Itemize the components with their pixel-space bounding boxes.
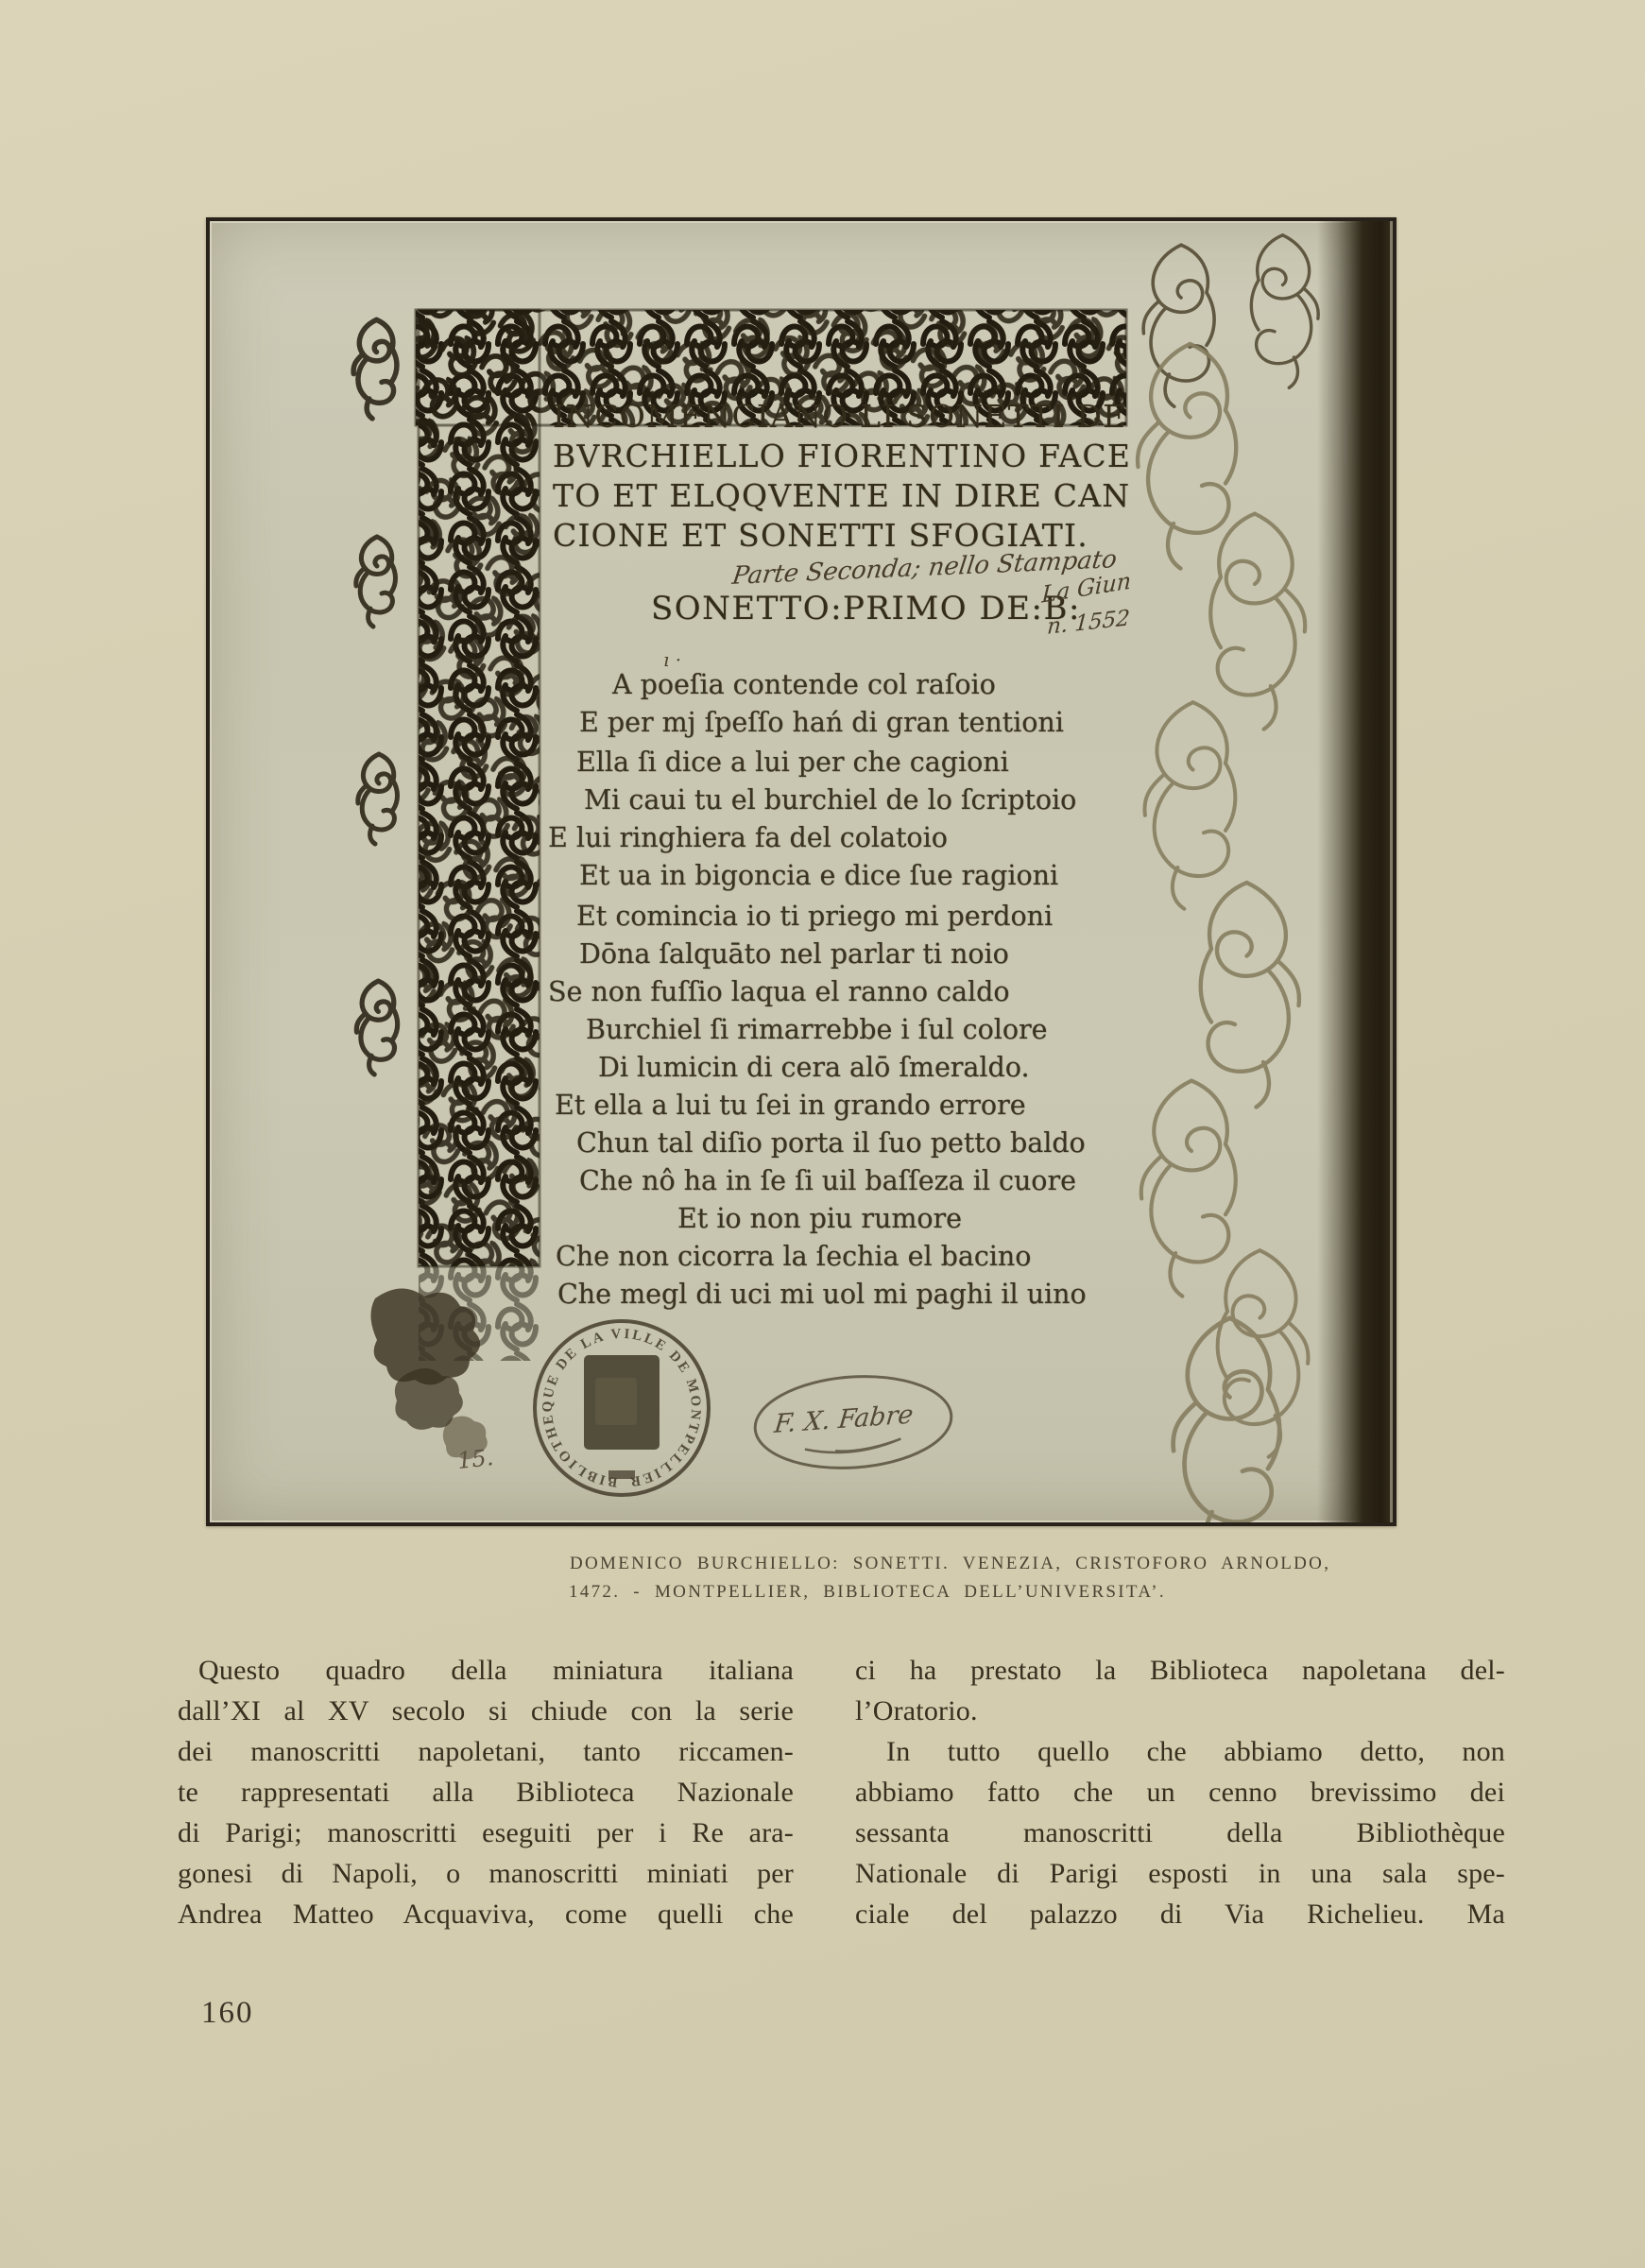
- body-text-line: Nationale di Parigi esposti in una sala …: [855, 1853, 1505, 1894]
- sonnet-line: Di lumicin di cera alō ſmeraldo.: [598, 1052, 1030, 1083]
- signature-stamp: F. X. Fabre: [741, 1359, 966, 1486]
- incipit-heading: INCOMENCIANO LI SONETTI DE BVRCHIELLO FI…: [553, 397, 1131, 556]
- sonnet-line: Che non cicorra la ſechia el bacino: [556, 1241, 1031, 1272]
- sonnet-line: Ella ſi dice a lui per che cagioni: [576, 747, 1009, 778]
- sonnet-line: Et ella a lui tu ſei in grando errore: [555, 1090, 1026, 1121]
- body-text-line: di Parigi; manoscritti eseguiti per i Re…: [178, 1813, 794, 1853]
- handwritten-shelfmark: 15.: [456, 1444, 495, 1474]
- incipit-line: TO ET ELQQVENTE IN DIRE CAN: [553, 476, 1131, 516]
- sonnet-line: Che nô ha in ſe ſi uil baſſeza il cuore: [579, 1165, 1076, 1196]
- sonnet-line: Che megl di uci mi uol mi paghi il uino: [557, 1279, 1087, 1310]
- incipit-line: INCOMENCIANO LI SONETTI DE: [553, 397, 1131, 437]
- left-margin-leaves: [353, 319, 398, 1074]
- sonnet-line: E per mj ſpeſſo hań di gran tentioni: [579, 707, 1064, 738]
- pen-tick-mark: ı ·: [663, 648, 681, 671]
- sonnet-line: Burchiel ſi rimarrebbe i ſul colore: [586, 1014, 1048, 1045]
- library-stamp: BIBLIOTHEQUE DE LA VILLE DE MONTPELLIER: [527, 1312, 716, 1505]
- sonnet-line: E lui ringhiera fa del colatoio: [548, 822, 948, 853]
- top-right-ornament: [1143, 235, 1318, 406]
- sonnet-title: SONETTO:PRIMO DE:B:: [651, 590, 1081, 627]
- plate-caption-line-2: 1472. - MONTPELLIER, BIBLIOTECA DELL’UNI…: [569, 1582, 1166, 1603]
- body-text-line: dei manoscritti napoletani, tanto riccam…: [178, 1731, 794, 1772]
- body-text-line: ci ha prestato la Biblioteca napoletana …: [855, 1650, 1505, 1691]
- sonnet-line: Dōna ſalquāto nel parlar ti noio: [579, 938, 1009, 970]
- sonnet-line: Se non fuſſio laqua el ranno caldo: [548, 976, 1010, 1007]
- sonnet-line: Et io non piu rumore: [677, 1203, 962, 1234]
- body-text-line: ciale del palazzo di Via Richelieu. Ma: [855, 1894, 1505, 1934]
- book-gutter-shadow: [1317, 221, 1393, 1522]
- ink-blotches: [370, 1288, 487, 1459]
- body-text-line: Questo quadro della miniatura italiana: [198, 1650, 794, 1691]
- body-text-line: gonesi di Napoli, o manoscritti miniati …: [178, 1853, 794, 1894]
- body-text-line: l’Oratorio.: [855, 1691, 1505, 1731]
- page-number: 160: [201, 1996, 254, 2031]
- body-text-line: sessanta manoscritti della Bibliothèque: [855, 1813, 1505, 1853]
- body-text-line: abbiamo fatto che un cenno brevissimo de…: [855, 1772, 1505, 1813]
- sonnet-line: Et ua in bigoncia e dice ſue ragioni: [579, 860, 1058, 891]
- body-text-line: dall’XI al XV secolo si chiude con la se…: [178, 1691, 794, 1731]
- plate-photo: INCOMENCIANO LI SONETTI DE BVRCHIELLO FI…: [206, 217, 1397, 1526]
- plate-caption-line-1: DOMENICO BURCHIELLO: SONETTI. VENEZIA, C…: [570, 1554, 1330, 1574]
- incipit-line: BVRCHIELLO FIORENTINO FACE: [553, 437, 1131, 476]
- body-text-line: te rappresentati alla Biblioteca Naziona…: [178, 1772, 794, 1813]
- sonnet-line: Mi caui tu el burchiel de lo ſcriptoio: [584, 784, 1076, 816]
- book-page: INCOMENCIANO LI SONETTI DE BVRCHIELLO FI…: [0, 0, 1645, 2268]
- sonnet-line: Chun tal diſio porta il ſuo petto baldo: [576, 1127, 1086, 1159]
- right-ghost-ornament-column: [1138, 344, 1309, 1522]
- sonnet-line: Et comincia io ti priego mi perdoni: [576, 901, 1053, 932]
- sonnet-line: A poeſia contende col raſoio: [612, 669, 996, 700]
- signature-text: F. X. Fabre: [772, 1400, 915, 1439]
- body-text-line: In tutto quello che abbiamo detto, non: [886, 1731, 1505, 1772]
- left-border-column: [419, 310, 540, 1361]
- body-text-line: Andrea Matteo Acquaviva, come quelli che: [178, 1894, 794, 1934]
